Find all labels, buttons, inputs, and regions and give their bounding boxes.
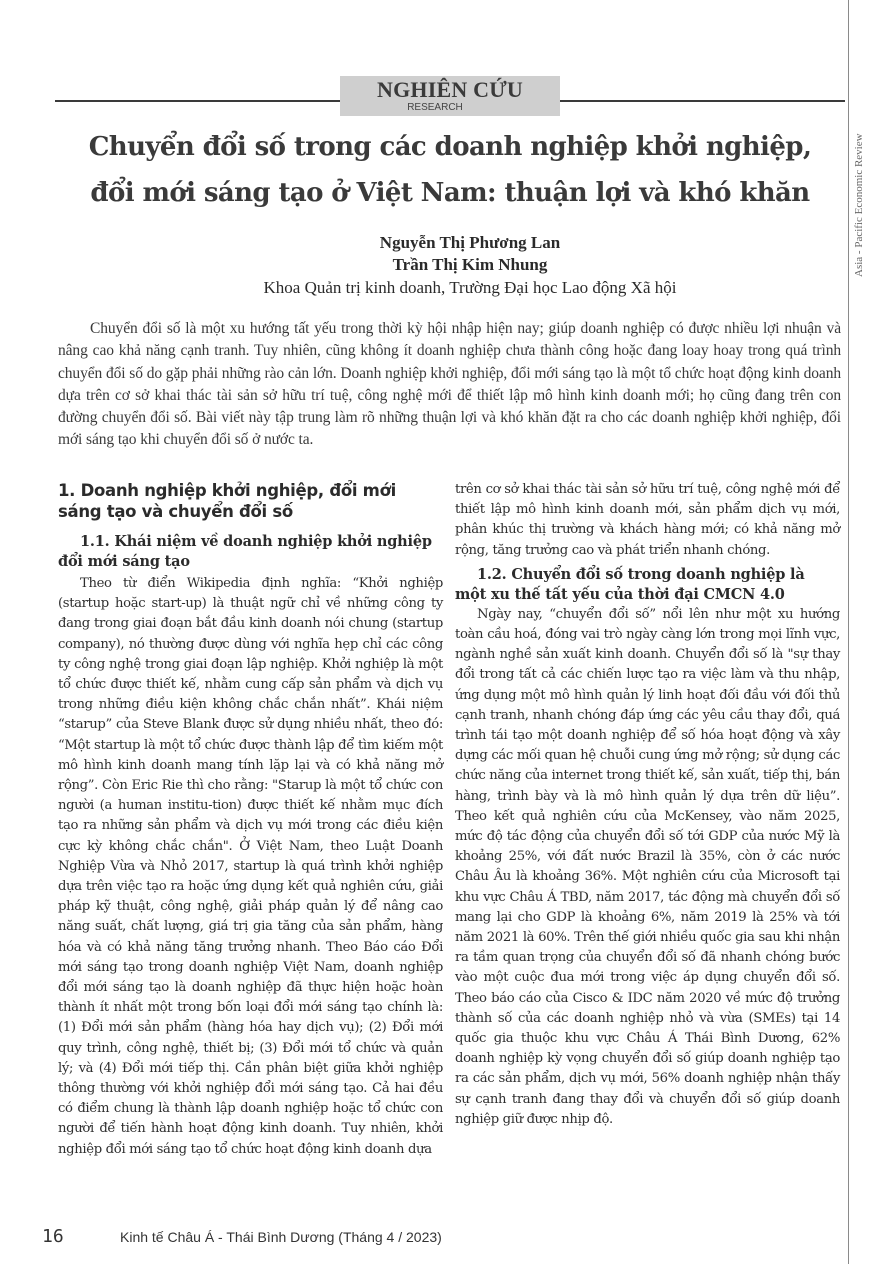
author-name: Nguyễn Thị Phương Lan bbox=[150, 232, 790, 254]
section-subtitle: RESEARCH bbox=[310, 102, 560, 114]
section-title: NGHIÊN CỨU bbox=[340, 78, 560, 102]
section-header-band: NGHIÊN CỨU RESEARCH bbox=[340, 76, 560, 116]
section-1-1-heading: 1.1. Khái niệm về doanh nghiệp khởi nghi… bbox=[58, 532, 443, 572]
article-title-line-2: đổi mới sáng tạo ở Việt Nam: thuận lợi v… bbox=[50, 170, 850, 216]
left-column: 1. Doanh nghiệp khởi nghiệp, đổi mới sán… bbox=[58, 480, 443, 1160]
header-rule-left bbox=[55, 100, 340, 102]
section-1-1-paragraph: Theo từ điển Wikipedia định nghĩa: “Khởi… bbox=[58, 574, 443, 1160]
abstract: Chuyển đổi số là một xu hướng tất yếu tr… bbox=[58, 318, 841, 452]
section-1-2-heading: 1.2. Chuyển đổi số trong doanh nghiệp là… bbox=[455, 565, 840, 605]
section-1-heading: 1. Doanh nghiệp khởi nghiệp, đổi mới sán… bbox=[58, 480, 443, 522]
right-column: trên cơ sở khai thác tài sản sở hữu trí … bbox=[455, 480, 840, 1130]
author-name: Trần Thị Kim Nhung bbox=[150, 254, 790, 276]
article-title-line-1: Chuyển đổi số trong các doanh nghiệp khở… bbox=[50, 124, 850, 170]
article-title: Chuyển đổi số trong các doanh nghiệp khở… bbox=[50, 124, 850, 216]
author-affiliation: Khoa Quản trị kinh doanh, Trường Đại học… bbox=[150, 276, 790, 300]
journal-side-label: Asia - Pacific Economic Review bbox=[853, 105, 873, 305]
section-1-2-paragraph: Ngày nay, “chuyển đổi số” nổi lên như mộ… bbox=[455, 605, 840, 1130]
author-block: Nguyễn Thị Phương Lan Trần Thị Kim Nhung… bbox=[150, 232, 790, 300]
footer-journal-name: Kinh tế Châu Á - Thái Bình Dương (Tháng … bbox=[120, 1229, 442, 1245]
section-1-1-paragraph-continued: trên cơ sở khai thác tài sản sở hữu trí … bbox=[455, 480, 840, 561]
header-rule-right bbox=[560, 100, 845, 102]
journal-page: NGHIÊN CỨU RESEARCH Asia - Pacific Econo… bbox=[0, 0, 879, 1264]
page-number: 16 bbox=[42, 1226, 64, 1247]
